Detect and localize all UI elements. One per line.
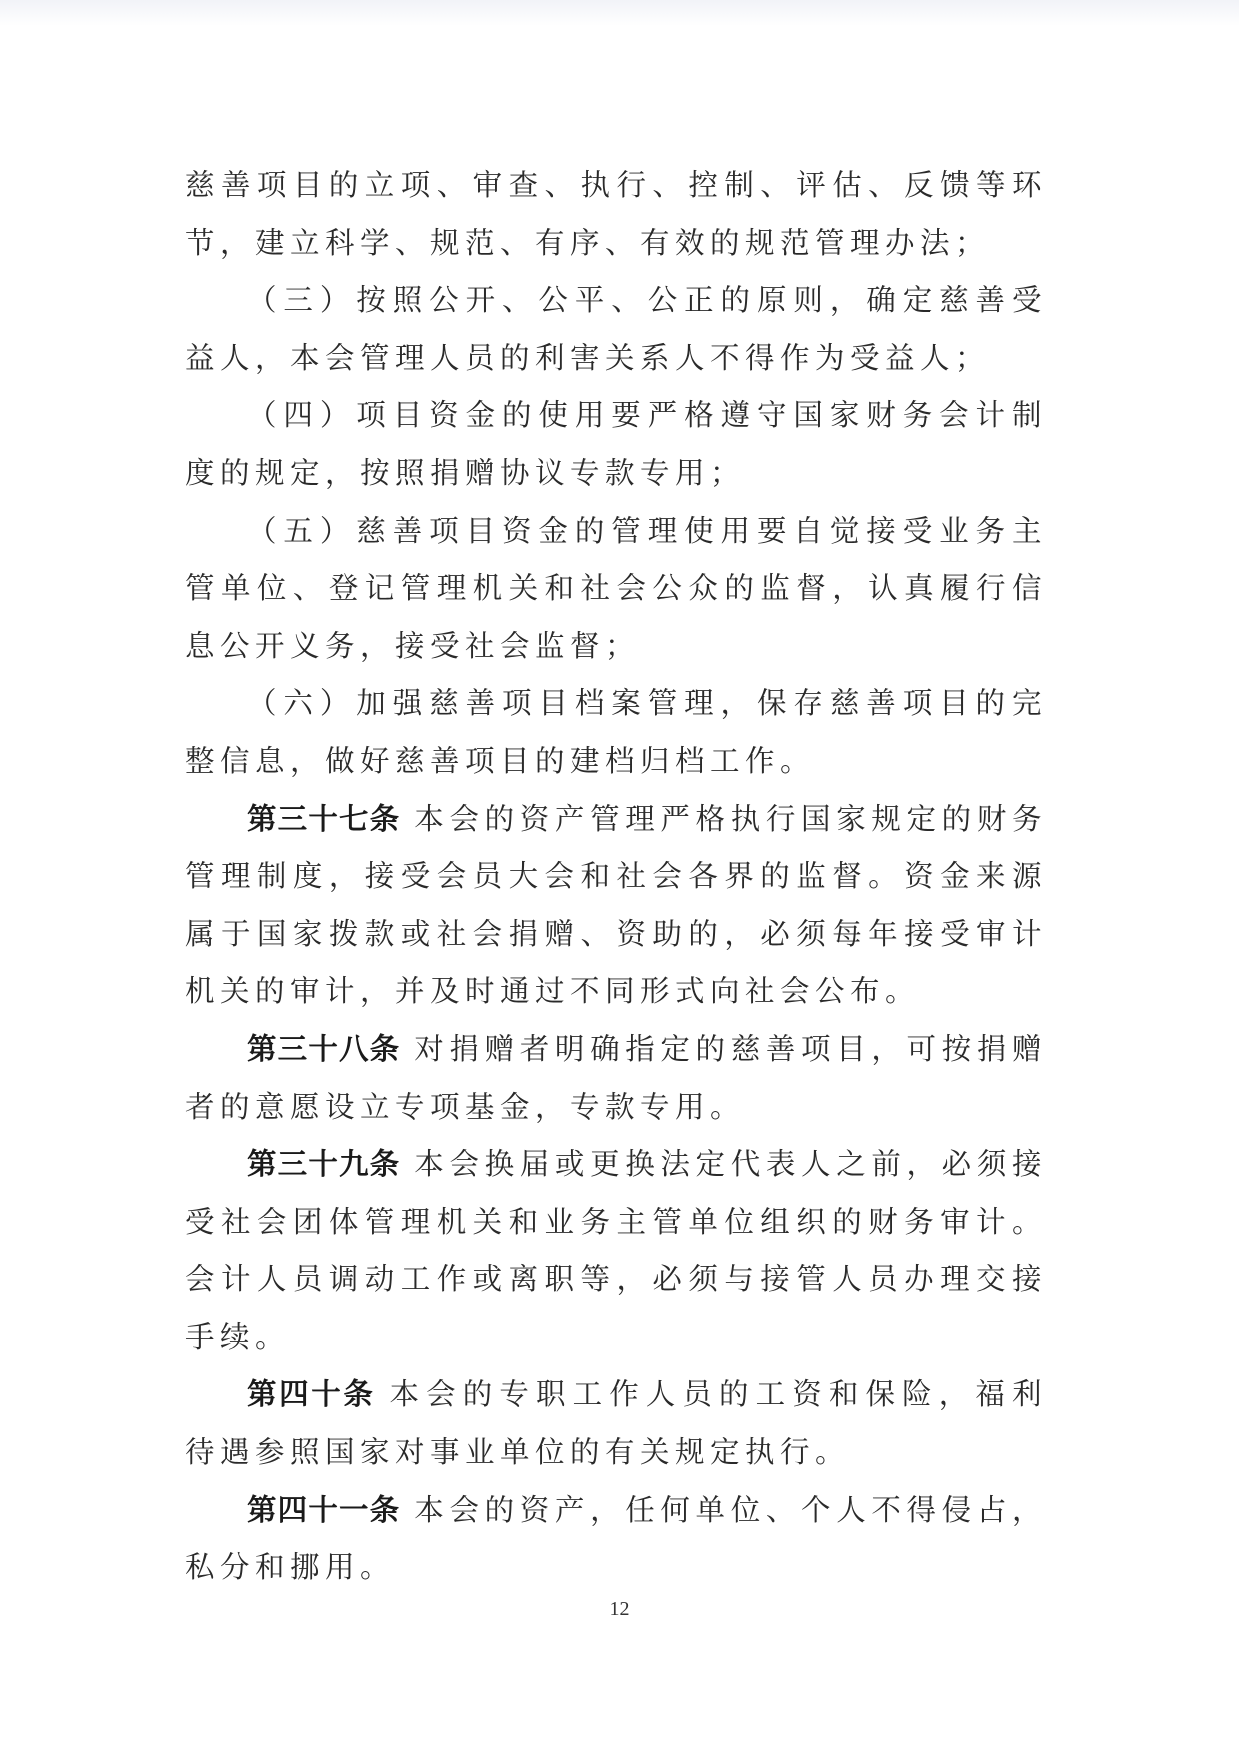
paragraph-item-4: （四）项目资金的使用要严格遵守国家财务会计制度的规定，按照捐赠协议专款专用； — [185, 387, 1047, 502]
document-body: 慈善项目的立项、审查、执行、控制、评估、反馈等环节，建立科学、规范、有序、有效的… — [185, 157, 1047, 1597]
article-title: 第三十七条 — [247, 802, 400, 836]
article-38: 第三十八条对捐赠者明确指定的慈善项目，可按捐赠者的意愿设立专项基金，专款专用。 — [185, 1021, 1047, 1136]
article-title: 第三十八条 — [247, 1032, 400, 1066]
article-title: 第四十一条 — [247, 1493, 400, 1527]
article-40: 第四十条本会的专职工作人员的工资和保险，福利待遇参照国家对事业单位的有关规定执行… — [185, 1366, 1047, 1481]
paragraph-text: （六）加强慈善项目档案管理，保存慈善项目的完整信息，做好慈善项目的建档归档工作。 — [185, 686, 1047, 778]
paragraph-text: （五）慈善项目资金的管理使用要自觉接受业务主管单位、登记管理机关和社会公众的监督… — [185, 514, 1047, 663]
article-41: 第四十一条本会的资产，任何单位、个人不得侵占，私分和挪用。 — [185, 1482, 1047, 1597]
article-title: 第三十九条 — [247, 1147, 400, 1181]
scan-edge-shadow — [0, 0, 1239, 26]
paragraph-item-5: （五）慈善项目资金的管理使用要自觉接受业务主管单位、登记管理机关和社会公众的监督… — [185, 503, 1047, 676]
paragraph-text: 慈善项目的立项、审查、执行、控制、评估、反馈等环节，建立科学、规范、有序、有效的… — [185, 168, 1047, 260]
paragraph-text: （四）项目资金的使用要严格遵守国家财务会计制度的规定，按照捐赠协议专款专用； — [185, 398, 1047, 490]
paragraph-item-6: （六）加强慈善项目档案管理，保存慈善项目的完整信息，做好慈善项目的建档归档工作。 — [185, 675, 1047, 790]
article-title: 第四十条 — [247, 1377, 375, 1411]
page-number: 12 — [0, 1598, 1239, 1621]
article-39: 第三十九条本会换届或更换法定代表人之前，必须接受社会团体管理机关和业务主管单位组… — [185, 1136, 1047, 1366]
paragraph-item-2-cont: 慈善项目的立项、审查、执行、控制、评估、反馈等环节，建立科学、规范、有序、有效的… — [185, 157, 1047, 272]
article-37: 第三十七条本会的资产管理严格执行国家规定的财务管理制度，接受会员大会和社会各界的… — [185, 791, 1047, 1021]
paragraph-text: （三）按照公开、公平、公正的原则，确定慈善受益人，本会管理人员的利害关系人不得作… — [185, 283, 1047, 375]
paragraph-item-3: （三）按照公开、公平、公正的原则，确定慈善受益人，本会管理人员的利害关系人不得作… — [185, 272, 1047, 387]
